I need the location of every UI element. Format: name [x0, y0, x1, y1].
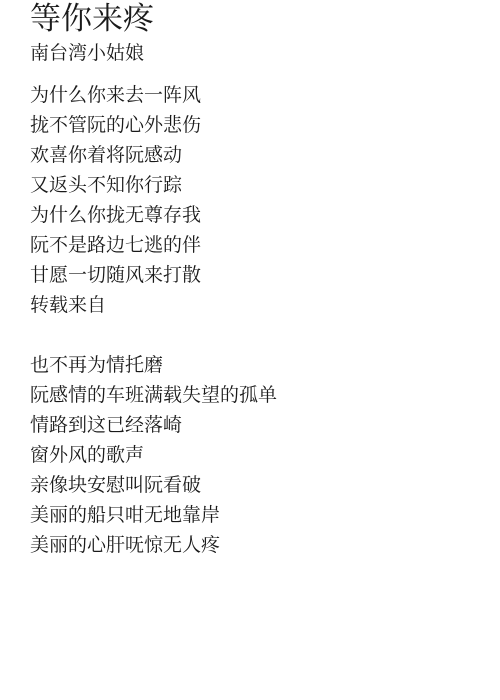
lyric-line: 阮不是路边七逃的伴 [30, 230, 277, 260]
lyric-blank-line [30, 320, 277, 350]
lyric-line: 转载来自 [30, 290, 277, 320]
lyric-line: 拢不管阮的心外悲伤 [30, 110, 277, 140]
lyric-line: 也不再为情托磨 [30, 350, 277, 380]
lyric-line: 又返头不知你行踪 [30, 170, 277, 200]
lyrics-block: 为什么你来去一阵风 拢不管阮的心外悲伤 欢喜你着将阮感动 又返头不知你行踪 为什… [30, 80, 277, 560]
lyric-line: 欢喜你着将阮感动 [30, 140, 277, 170]
lyric-line: 美丽的心肝呒惊无人疼 [30, 530, 277, 560]
lyric-line: 为什么你拢无尊存我 [30, 200, 277, 230]
lyric-line: 甘愿一切随风来打散 [30, 260, 277, 290]
song-title: 等你来疼 [30, 0, 154, 38]
lyric-line: 为什么你来去一阵风 [30, 80, 277, 110]
song-subtitle: 南台湾小姑娘 [30, 40, 144, 66]
lyric-line: 亲像块安慰叫阮看破 [30, 470, 277, 500]
lyric-line: 美丽的船只咁无地靠岸 [30, 500, 277, 530]
lyric-line: 阮感情的车班满载失望的孤单 [30, 380, 277, 410]
lyric-line: 窗外风的歌声 [30, 440, 277, 470]
lyric-line: 情路到这已经落崎 [30, 410, 277, 440]
